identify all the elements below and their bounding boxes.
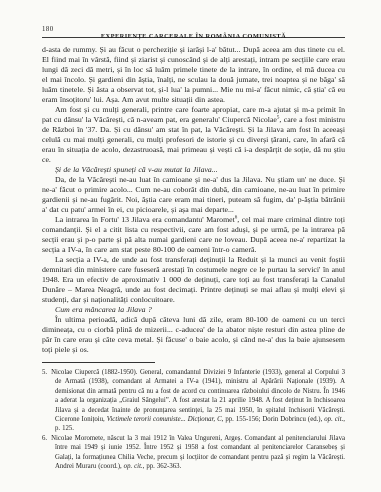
- text-segment: op. cit.: [124, 463, 143, 470]
- paragraph: Am fost și cu mulți generali, printre ca…: [42, 105, 345, 165]
- paragraph: Da, de la Văcărești ne-au luat în camioa…: [42, 175, 345, 215]
- footnote: 5.Nicolae Ciupercă (1882-1950). General,…: [42, 368, 345, 434]
- running-header: 180 EXPERIENȚE CARCERALE ÎN ROMÂNIA COMU…: [42, 25, 345, 38]
- paragraph: La secția a IV-a, de unde au fost transf…: [42, 255, 345, 305]
- page-number: 180: [42, 26, 54, 33]
- text-segment: d-asta de rummy. Și au făcut o percheziț…: [42, 45, 345, 104]
- interview-question: Cum era mâncarea la Jilava ?: [42, 305, 345, 315]
- paragraph: În ultima perioadă, adică după câteva lu…: [42, 315, 345, 355]
- text-segment: Cum era mâncarea la Jilava ?: [55, 305, 152, 314]
- running-title: EXPERIENȚE CARCERALE ÎN ROMÂNIA COMUNIST…: [101, 33, 286, 40]
- text-segment: La secția a IV-a, de unde au fost transf…: [42, 255, 345, 304]
- paragraph: d-asta de rummy. Și au făcut o percheziț…: [42, 45, 345, 105]
- text-segment: Nicolae Moromete, născut la 3 mai 1912 î…: [51, 435, 345, 470]
- text-segment: La intrarea în Fortu' 13 Jilava era coma…: [55, 215, 235, 224]
- text-segment: op. cit.: [324, 416, 343, 423]
- text-segment: Nicolae Ciupercă (1882-1950). General, c…: [51, 369, 345, 423]
- book-page: 180 EXPERIENȚE CARCERALE ÎN ROMÂNIA COMU…: [0, 0, 381, 492]
- footnote-marker: 5.: [42, 369, 47, 376]
- text-segment: Și de la Văcărești spuneți că v-au mutat…: [55, 165, 218, 174]
- footnote: 6.Nicolae Moromete, născut la 3 mai 1912…: [42, 434, 345, 472]
- interview-question: Și de la Văcărești spuneți că v-au mutat…: [42, 165, 345, 175]
- text-segment: În ultima perioadă, adică după câteva lu…: [42, 315, 345, 354]
- footnotes-section: 5.Nicolae Ciupercă (1882-1950). General,…: [42, 368, 345, 471]
- footnote-separator-rule: [42, 362, 155, 363]
- body-text: d-asta de rummy. Și au făcut o percheziț…: [42, 45, 345, 355]
- text-segment: , pp. 362-363.: [143, 463, 182, 470]
- text-segment: , pp. 155-156; Dorin Dobrincu (ed.),: [222, 416, 325, 423]
- text-segment: Da, de la Văcărești ne-au luat în camioa…: [42, 175, 345, 214]
- footnote-marker: 6.: [42, 435, 47, 442]
- paragraph: La intrarea în Fortu' 13 Jilava era coma…: [42, 215, 345, 255]
- text-segment: Victimele terorii comuniste... Dicționar…: [107, 416, 222, 423]
